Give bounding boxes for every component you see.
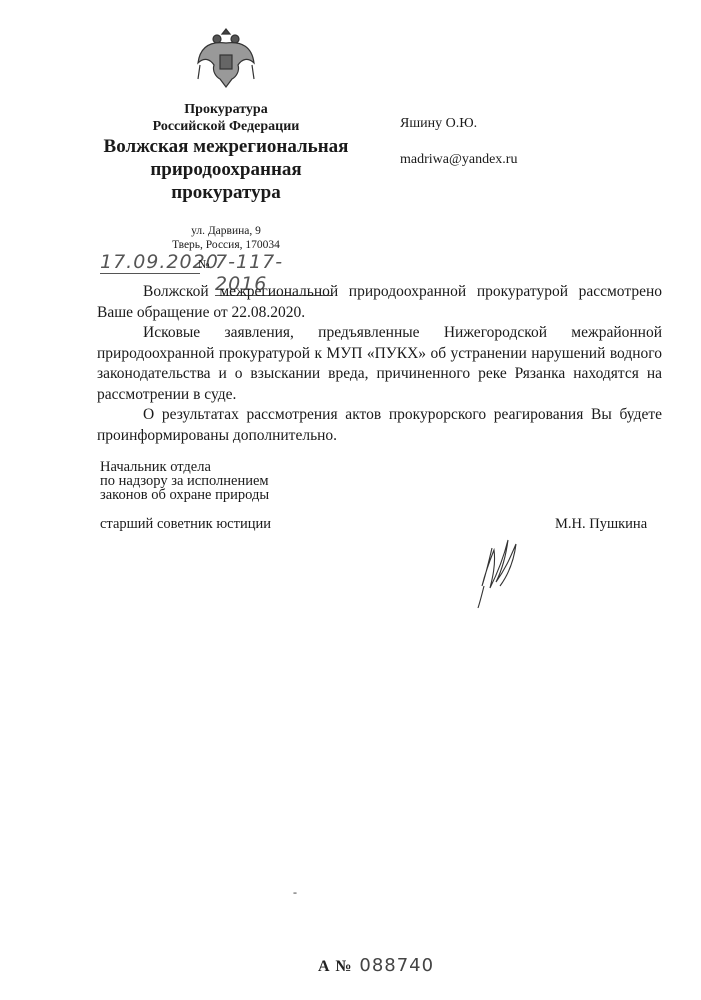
org-line1: Волжская межрегиональная (80, 135, 372, 158)
org-line2: природоохранная (80, 158, 372, 181)
position-line3: законов об охране природы (100, 488, 269, 502)
body-paragraph-3: О результатах рассмотрения актов прокуро… (97, 405, 662, 446)
stray-dash: - (293, 885, 297, 900)
address-line1: ул. Дарвина, 9 (80, 224, 372, 238)
letterhead-line2: Российской Федерации (80, 118, 372, 135)
letter-body: Волжской межрегиональной природоохранной… (97, 282, 662, 446)
body-paragraph-1: Волжской межрегиональной природоохранной… (97, 282, 662, 323)
recipient-email: madriwa@yandex.ru (400, 152, 517, 168)
signatory-rank: старший советник юстиции (100, 517, 271, 531)
letterhead-prosecutor-office: Прокуратура Российской Федерации (80, 101, 372, 135)
body-paragraph-2: Исковые заявления, предъявленные Нижегор… (97, 323, 662, 405)
series-label: А № (318, 958, 353, 975)
letterhead-address: ул. Дарвина, 9 Тверь, Россия, 170034 (80, 224, 372, 252)
letterhead-line1: Прокуратура (80, 101, 372, 118)
signatory-position: Начальник отдела по надзору за исполнени… (100, 460, 269, 502)
number-symbol: № (198, 257, 209, 272)
position-line1: Начальник отдела (100, 460, 269, 474)
form-serial-number: А № 088740 (318, 955, 434, 976)
recipient-name: Яшину О.Ю. (400, 116, 477, 132)
handwritten-signature-icon (470, 520, 540, 610)
handwritten-date: 17.09.2020 (100, 251, 200, 274)
position-line2: по надзору за исполнением (100, 474, 269, 488)
org-line3: прокуратура (80, 181, 372, 204)
russian-emblem-icon (190, 25, 262, 93)
signatory-name: М.Н. Пушкина (555, 517, 647, 531)
letterhead-org-name: Волжская межрегиональная природоохранная… (80, 135, 372, 204)
date-number-line: 17.09.2020 № 7-117-2016 (100, 251, 332, 275)
address-line2: Тверь, Россия, 170034 (80, 238, 372, 252)
serial-number: 088740 (359, 955, 434, 976)
